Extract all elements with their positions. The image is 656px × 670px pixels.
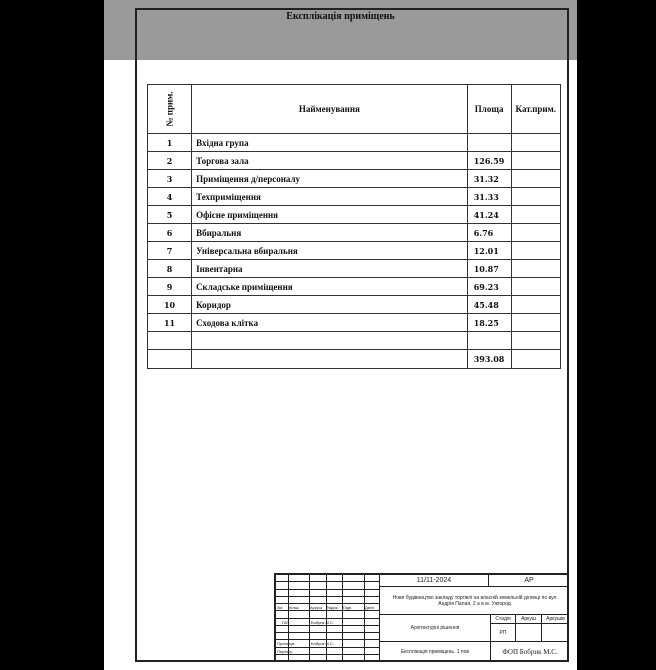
total-area: 393.08 <box>467 350 511 369</box>
cell-name: Техприміщення <box>192 188 468 206</box>
project-cell: Нове будівництво закладу торгівлі на вла… <box>379 587 569 615</box>
role-label: Перевір. <box>277 649 293 654</box>
company-cell: ФОП Бобрик М.С. <box>490 642 569 662</box>
table-row: 10Коридор45.48 <box>148 296 561 314</box>
table-row: 8Інвентарна10.87 <box>148 260 561 278</box>
cell-area: 12.01 <box>467 242 511 260</box>
cell-category <box>511 188 560 206</box>
cell-area: 10.87 <box>467 260 511 278</box>
cell-area: 126.59 <box>467 152 511 170</box>
cell-number: 7 <box>148 242 192 260</box>
cell-number: 2 <box>148 152 192 170</box>
cell-name <box>192 332 468 350</box>
revision-column-label: Зм. <box>277 605 283 610</box>
cell-name: Вхідна група <box>192 134 468 152</box>
sheets-value <box>541 624 569 642</box>
code-cell: АР <box>488 575 569 587</box>
cell-number: 9 <box>148 278 192 296</box>
header-area: Площа <box>467 85 511 134</box>
stage-label: Стадія <box>490 615 515 624</box>
cell-number: 3 <box>148 170 192 188</box>
cell-category <box>511 314 560 332</box>
cell-category <box>511 296 560 314</box>
grid-vline <box>309 575 310 662</box>
cell-category <box>511 152 560 170</box>
role-label: ГАП <box>282 620 289 625</box>
sheets-label: Аркушів <box>541 615 569 624</box>
cell-name: Інвентарна <box>192 260 468 278</box>
cell-area: 41.24 <box>467 206 511 224</box>
header-name: Найменування <box>192 85 468 134</box>
cell-number: 5 <box>148 206 192 224</box>
cell-number: 6 <box>148 224 192 242</box>
table-row: 5Офісне приміщення41.24 <box>148 206 561 224</box>
cell-category <box>511 206 560 224</box>
cell-number <box>148 332 192 350</box>
cell-name: Сходова клітка <box>192 314 468 332</box>
role-label: Проектув. <box>277 641 295 646</box>
revision-column-label: Кільк. <box>289 605 300 610</box>
cell-name: Складське приміщення <box>192 278 468 296</box>
cell-name: Торгова зала <box>192 152 468 170</box>
cell-area: 31.33 <box>467 188 511 206</box>
cell-category <box>511 332 560 350</box>
cell-category <box>511 170 560 188</box>
sheet-name-cell: Експлікація приміщень. 1 пов <box>379 642 490 662</box>
cell-category <box>511 278 560 296</box>
total-cell <box>192 350 468 369</box>
role-name: Бобрик М.С. <box>311 641 334 646</box>
cell-number: 8 <box>148 260 192 278</box>
cell-name: Приміщення д/персоналу <box>192 170 468 188</box>
table-row: 4Техприміщення31.33 <box>148 188 561 206</box>
cell-area: 69.23 <box>467 278 511 296</box>
table-row: 9Складське приміщення69.23 <box>148 278 561 296</box>
role-name: Бобрик М.С. <box>311 620 334 625</box>
revision-grid: Зм.Кільк.Аркуш№док.Підп.ДатаГАПБобрик М.… <box>276 575 379 662</box>
cell-number: 4 <box>148 188 192 206</box>
cell-name: Вбиральня <box>192 224 468 242</box>
cell-category <box>511 242 560 260</box>
cell-area: 45.48 <box>467 296 511 314</box>
total-row: 393.08 <box>148 350 561 369</box>
table-row <box>148 332 561 350</box>
grid-vline <box>342 575 343 662</box>
cell-number: 10 <box>148 296 192 314</box>
grid-vline <box>326 575 327 662</box>
cell-name: Універсальна вбиральня <box>192 242 468 260</box>
table-row: 7Універсальна вбиральня12.01 <box>148 242 561 260</box>
cell-area <box>467 134 511 152</box>
sheet-value <box>515 624 541 642</box>
cell-category <box>511 260 560 278</box>
table-row: 2Торгова зала126.59 <box>148 152 561 170</box>
revision-column-label: Підп. <box>343 605 352 610</box>
cell-name: Коридор <box>192 296 468 314</box>
revision-column-label: Аркуш <box>310 605 322 610</box>
cell-number: 11 <box>148 314 192 332</box>
stage-value: РП <box>490 624 515 642</box>
header-number: № прим. <box>148 85 192 134</box>
cell-area: 31.32 <box>467 170 511 188</box>
header-category: Кат.прим. <box>511 85 560 134</box>
table-row: 11Сходова клітка18.25 <box>148 314 561 332</box>
table-row: 1Вхідна група <box>148 134 561 152</box>
date-cell: 11/11-2024 <box>379 575 488 587</box>
total-cell <box>511 350 560 369</box>
rooms-table: № прим. Найменування Площа Кат.прим. 1Вх… <box>147 84 561 369</box>
cell-number: 1 <box>148 134 192 152</box>
total-cell <box>148 350 192 369</box>
document-page: Експлікація приміщень № прим. Найменуван… <box>104 0 577 670</box>
cell-category <box>511 224 560 242</box>
section-cell: Архітектурні рішення <box>379 615 490 642</box>
cell-name: Офісне приміщення <box>192 206 468 224</box>
table-row: 6Вбиральня6.76 <box>148 224 561 242</box>
cell-area <box>467 332 511 350</box>
cell-area: 6.76 <box>467 224 511 242</box>
sheet-label: Аркуш <box>515 615 541 624</box>
revision-column-label: №док. <box>327 605 339 610</box>
cell-category <box>511 134 560 152</box>
cell-area: 18.25 <box>467 314 511 332</box>
document-title: Експлікація приміщень <box>104 11 577 22</box>
revision-column-label: Дата <box>365 605 374 610</box>
table-row: 3Приміщення д/персоналу31.32 <box>148 170 561 188</box>
grid-vline <box>364 575 365 662</box>
title-block: Зм.Кільк.Аркуш№док.Підп.ДатаГАПБобрик М.… <box>274 573 569 662</box>
table-header-row: № прим. Найменування Площа Кат.прим. <box>148 85 561 134</box>
